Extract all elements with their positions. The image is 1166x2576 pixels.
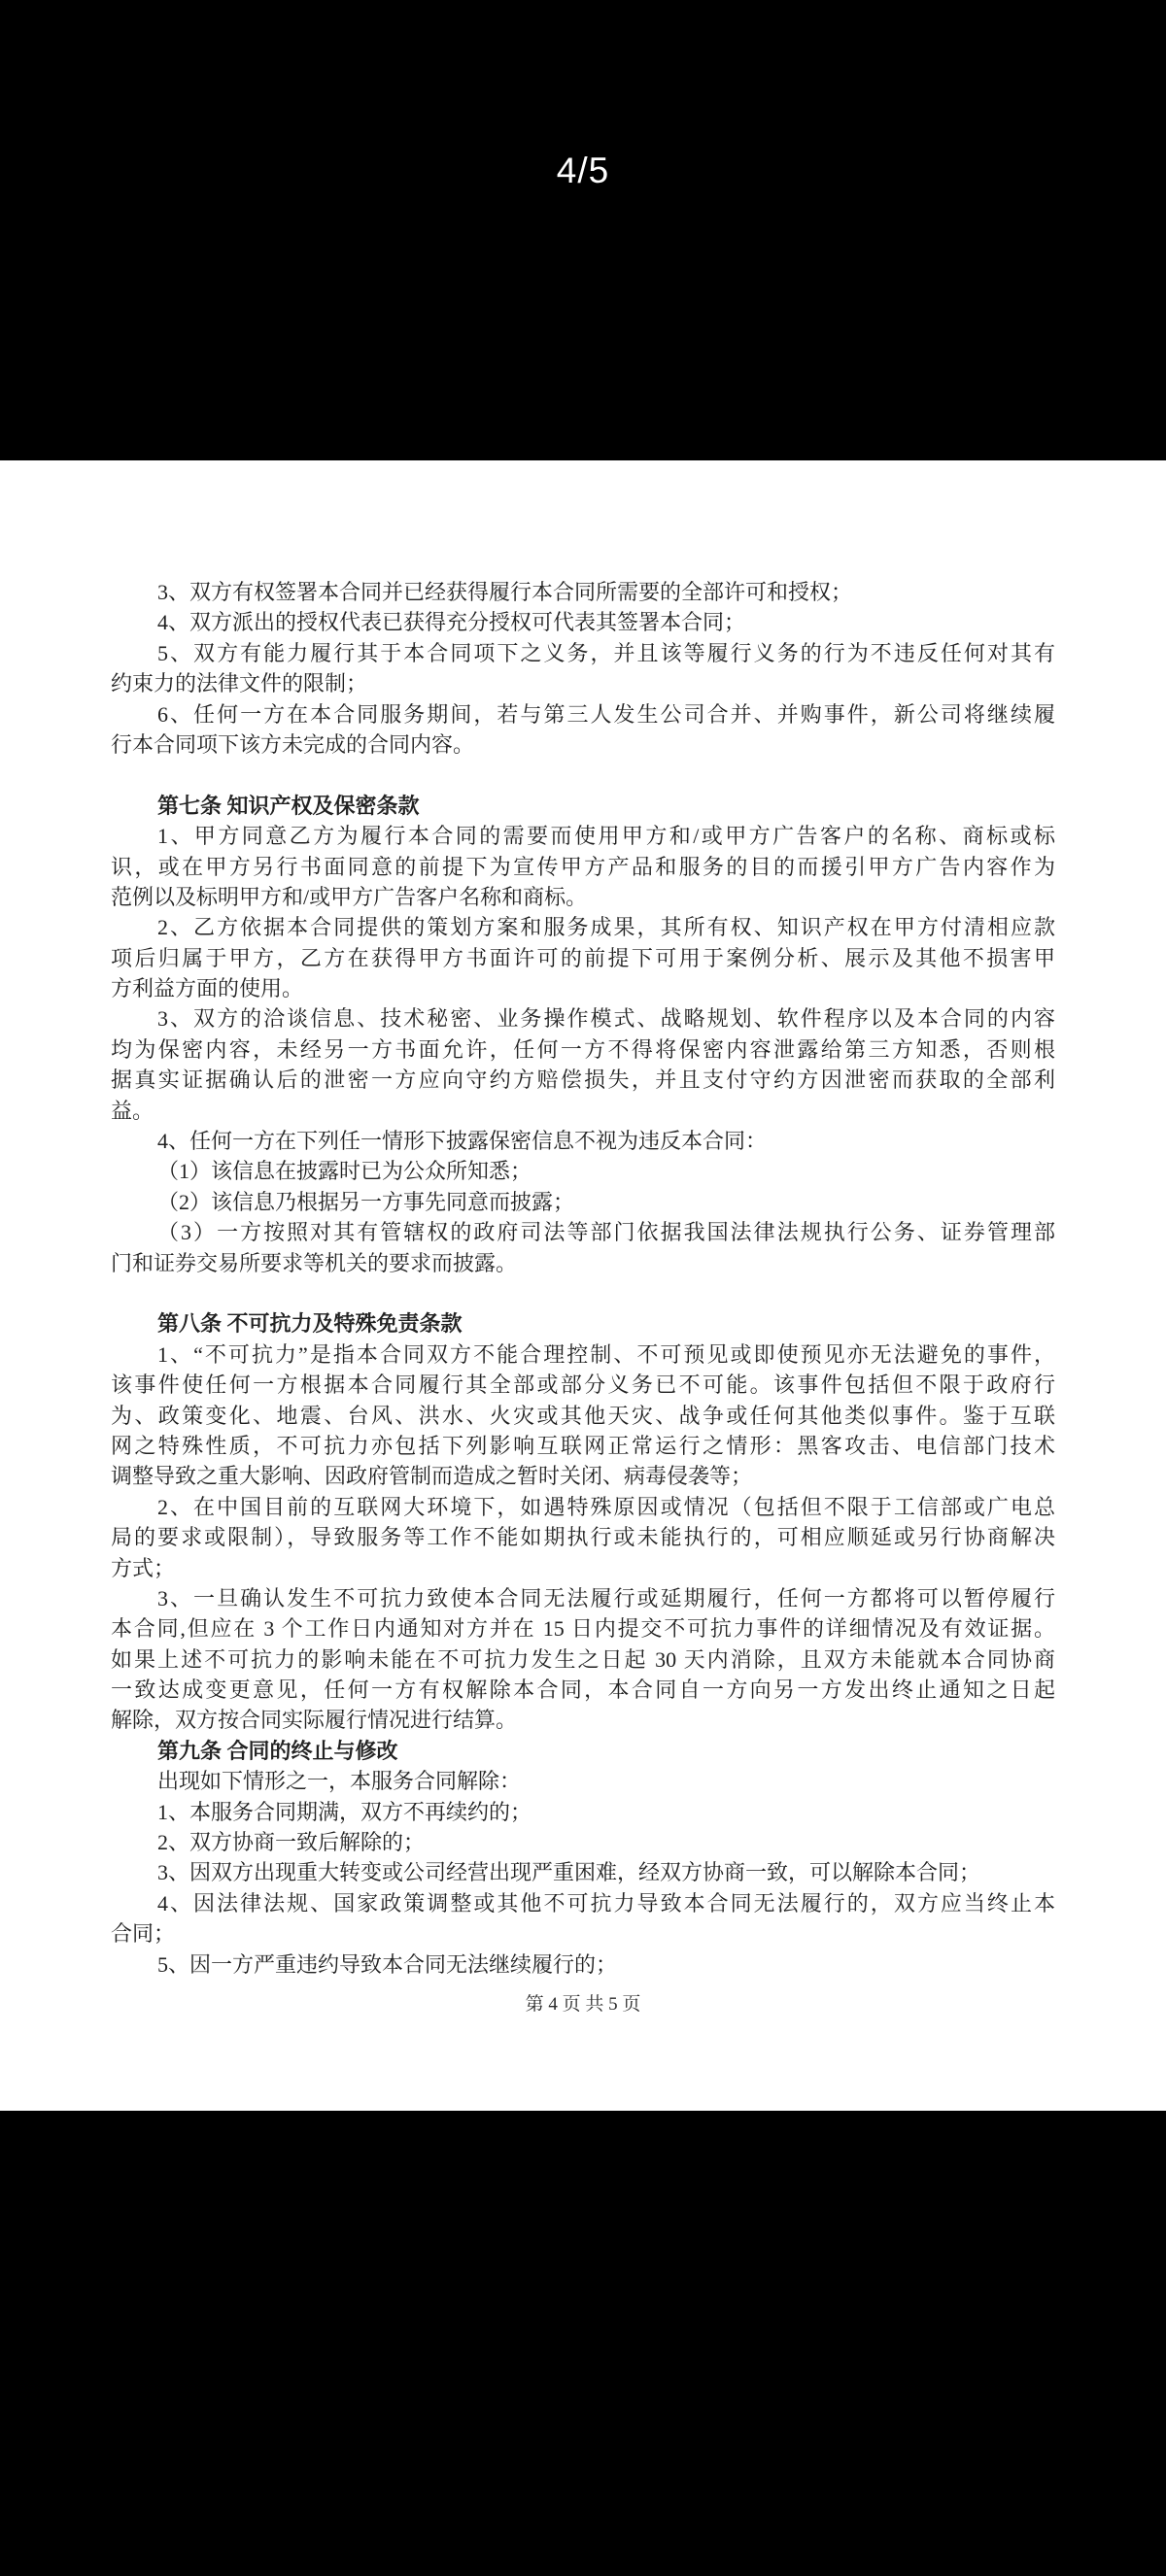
doc-line: 门和证券交易所要求等机关的要求而披露。 xyxy=(111,1248,1055,1278)
doc-line: （2）该信息乃根据另一方事先同意而披露； xyxy=(111,1187,1055,1217)
doc-line: 3、因双方出现重大转变或公司经营出现严重困难，经双方协商一致，可以解除本合同； xyxy=(111,1857,1055,1887)
doc-line: 行本合同项下该方未完成的合同内容。 xyxy=(111,729,1055,760)
doc-line: 4、因法律法规、国家政策调整或其他不可抗力导致本合同无法履行的，双方应当终止本 xyxy=(111,1888,1055,1918)
doc-line: 网之特殊性质，不可抗力亦包括下列影响互联网正常运行之情形：黑客攻击、电信部门技术 xyxy=(111,1431,1055,1461)
section-heading: 第九条 合同的终止与修改 xyxy=(111,1736,1055,1766)
doc-line: 2、双方协商一致后解除的； xyxy=(111,1827,1055,1857)
doc-line: 益。 xyxy=(111,1096,1055,1126)
doc-line: 2、乙方依据本合同提供的策划方案和服务成果，其所有权、知识产权在甲方付清相应款 xyxy=(111,912,1055,942)
section-heading: 第七条 知识产权及保密条款 xyxy=(111,791,1055,821)
doc-line: 3、双方有权签署本合同并已经获得履行本合同所需要的全部许可和授权； xyxy=(111,577,1055,607)
doc-line: 方利益方面的使用。 xyxy=(111,973,1055,1003)
doc-line: 解除，双方按合同实际履行情况进行结算。 xyxy=(111,1705,1055,1735)
doc-line: 据真实证据确认后的泄密一方应向守约方赔偿损失，并且支付守约方因泄密而获取的全部利 xyxy=(111,1065,1055,1095)
document-lines: 3、双方有权签署本合同并已经获得履行本合同所需要的全部许可和授权；4、双方派出的… xyxy=(111,577,1055,1980)
doc-line: 项后归属于甲方，乙方在获得甲方书面许可的前提下可用于案例分析、展示及其他不损害甲 xyxy=(111,943,1055,973)
doc-line: （3）一方按照对其有管辖权的政府司法等部门依据我国法律法规执行公务、证券管理部 xyxy=(111,1217,1055,1247)
doc-line: 调整导致之重大影响、因政府管制而造成之暂时关闭、病毒侵袭等； xyxy=(111,1461,1055,1491)
doc-line: 1、“不可抗力”是指本合同双方不能合理控制、不可预见或即使预见亦无法避免的事件， xyxy=(111,1339,1055,1370)
doc-line: 3、一旦确认发生不可抗力致使本合同无法履行或延期履行，任何一方都将可以暂停履行 xyxy=(111,1583,1055,1613)
doc-line: 3、双方的洽谈信息、技术秘密、业务操作模式、战略规划、软件程序以及本合同的内容 xyxy=(111,1003,1055,1034)
doc-line: 出现如下情形之一，本服务合同解除： xyxy=(111,1766,1055,1796)
doc-line: 5、因一方严重违约导致本合同无法继续履行的； xyxy=(111,1949,1055,1980)
doc-line: 本合同,但应在 3 个工作日内通知对方并在 15 日内提交不可抗力事件的详细情况… xyxy=(111,1613,1055,1644)
section-heading: 第八条 不可抗力及特殊免责条款 xyxy=(111,1308,1055,1339)
doc-line: （1）该信息在披露时已为公众所知悉； xyxy=(111,1156,1055,1186)
page-footer: 第 4 页 共 5 页 xyxy=(111,1989,1055,2019)
doc-line: 为、政策变化、地震、台风、洪水、火灾或其他天灾、战争或任何其他类似事件。鉴于互联 xyxy=(111,1401,1055,1431)
document-viewer[interactable]: 4/5 3、双方有权签署本合同并已经获得履行本合同所需要的全部许可和授权；4、双… xyxy=(0,0,1166,2576)
doc-line: 该事件使任何一方根据本合同履行其全部或部分义务已不可能。该事件包括但不限于政府行 xyxy=(111,1370,1055,1400)
blank-line xyxy=(111,760,1055,790)
doc-line: 1、本服务合同期满，双方不再续约的； xyxy=(111,1797,1055,1827)
doc-line: 6、任何一方在本合同服务期间，若与第三人发生公司合并、并购事件，新公司将继续履 xyxy=(111,699,1055,729)
doc-line: 识，或在甲方另行书面同意的前提下为宣传甲方产品和服务的目的而援引甲方广告内容作为 xyxy=(111,852,1055,882)
doc-line: 2、在中国目前的互联网大环境下，如遇特殊原因或情况（包括但不限于工信部或广电总 xyxy=(111,1492,1055,1522)
doc-line: 5、双方有能力履行其于本合同项下之义务，并且该等履行义务的行为不违反任何对其有 xyxy=(111,638,1055,668)
doc-line: 1、甲方同意乙方为履行本合同的需要而使用甲方和/或甲方广告客户的名称、商标或标 xyxy=(111,821,1055,851)
doc-line: 均为保密内容，未经另一方书面允许，任何一方不得将保密内容泄露给第三方知悉，否则根 xyxy=(111,1034,1055,1065)
doc-line: 一致达成变更意见，任何一方有权解除本合同，本合同自一方向另一方发出终止通知之日起 xyxy=(111,1675,1055,1705)
document-page[interactable]: 3、双方有权签署本合同并已经获得履行本合同所需要的全部许可和授权；4、双方派出的… xyxy=(0,460,1166,2111)
doc-line: 4、双方派出的授权代表已获得充分授权可代表其签署本合同； xyxy=(111,607,1055,637)
doc-line: 如果上述不可抗力的影响未能在不可抗力发生之日起 30 天内消除，且双方未能就本合… xyxy=(111,1644,1055,1675)
doc-line: 合同； xyxy=(111,1918,1055,1949)
blank-line xyxy=(111,1278,1055,1308)
doc-line: 约束力的法律文件的限制； xyxy=(111,668,1055,698)
doc-line: 范例以及标明甲方和/或甲方广告客户名称和商标。 xyxy=(111,882,1055,912)
doc-line: 方式； xyxy=(111,1553,1055,1583)
doc-line: 4、任何一方在下列任一情形下披露保密信息不视为违反本合同： xyxy=(111,1126,1055,1156)
doc-line: 局的要求或限制），导致服务等工作不能如期执行或未能执行的，可相应顺延或另行协商解… xyxy=(111,1522,1055,1552)
page-indicator: 4/5 xyxy=(0,150,1166,192)
